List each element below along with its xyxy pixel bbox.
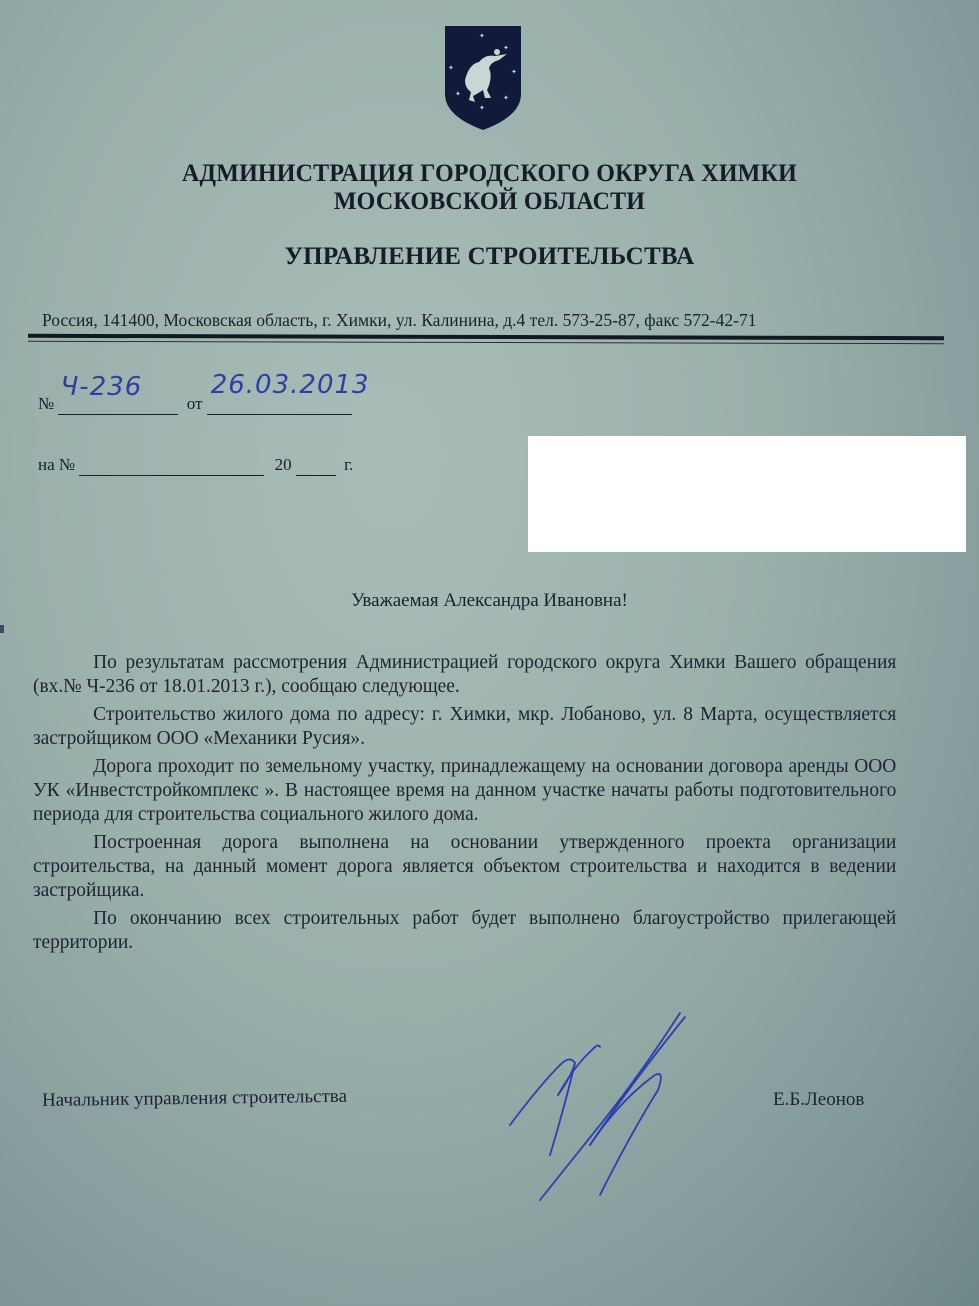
reply-to-row: на № 20 г. <box>38 455 353 476</box>
svg-text:✦: ✦ <box>448 64 454 72</box>
signatory-title: Начальник управления строительства <box>42 1086 347 1112</box>
page-edge-mark <box>0 625 4 633</box>
paragraph-1: По результатам рассмотрения Администраци… <box>33 650 896 698</box>
reply-number-label: на № <box>38 455 75 474</box>
svg-text:✦: ✦ <box>479 32 485 40</box>
handwritten-signature-icon <box>480 1005 720 1215</box>
number-label: № <box>38 394 54 413</box>
greeting: Уважаемая Александра Ивановна! <box>0 590 979 612</box>
letter-body: По результатам рассмотрения Администраци… <box>33 650 896 958</box>
paragraph-2: Строительство жилого дома по адресу: г. … <box>33 702 896 750</box>
svg-text:✦: ✦ <box>455 90 461 98</box>
paragraph-5: По окончанию всех строительных работ буд… <box>33 906 896 954</box>
org-name-line2: МОСКОВСКОЙ ОБЛАСТИ <box>20 188 960 216</box>
khimki-coat-of-arms-icon: ✦ ✦ ✦ ✦ ✦ ✦ ✦ <box>443 24 523 132</box>
letterhead-divider-thick <box>28 334 944 340</box>
paragraph-3: Дорога проходит по земельному участку, п… <box>33 754 896 826</box>
year-prefix: 20 <box>275 455 292 474</box>
reply-number-field <box>79 455 264 476</box>
department-title: УПРАВЛЕНИЕ СТРОИТЕЛЬСТВА <box>0 243 979 271</box>
letterhead-address: Россия, 141400, Московская область, г. Х… <box>42 310 756 331</box>
svg-text:✦: ✦ <box>511 68 517 76</box>
year-field <box>296 455 336 476</box>
paragraph-4: Построенная дорога выполнена на основани… <box>33 830 896 902</box>
svg-text:✦: ✦ <box>503 94 509 102</box>
letterhead-divider-thin <box>28 341 944 344</box>
redacted-recipient-block <box>528 436 966 552</box>
date-label: от <box>187 394 203 413</box>
year-suffix: г. <box>344 455 353 474</box>
handwritten-number: Ч-236 <box>60 372 142 402</box>
handwritten-date: 26.03.2013 <box>211 370 370 400</box>
date-field: 26.03.2013 <box>207 394 352 415</box>
svg-text:✦: ✦ <box>503 44 509 52</box>
signatory-name: Е.Б.Леонов <box>773 1089 864 1111</box>
org-name-line1: АДМИНИСТРАЦИЯ ГОРОДСКОГО ОКРУГА ХИМКИ <box>20 160 960 188</box>
number-field: Ч-236 <box>58 394 178 415</box>
svg-text:✦: ✦ <box>479 104 485 112</box>
outgoing-number-row: № Ч-236 от 26.03.2013 <box>38 394 352 415</box>
